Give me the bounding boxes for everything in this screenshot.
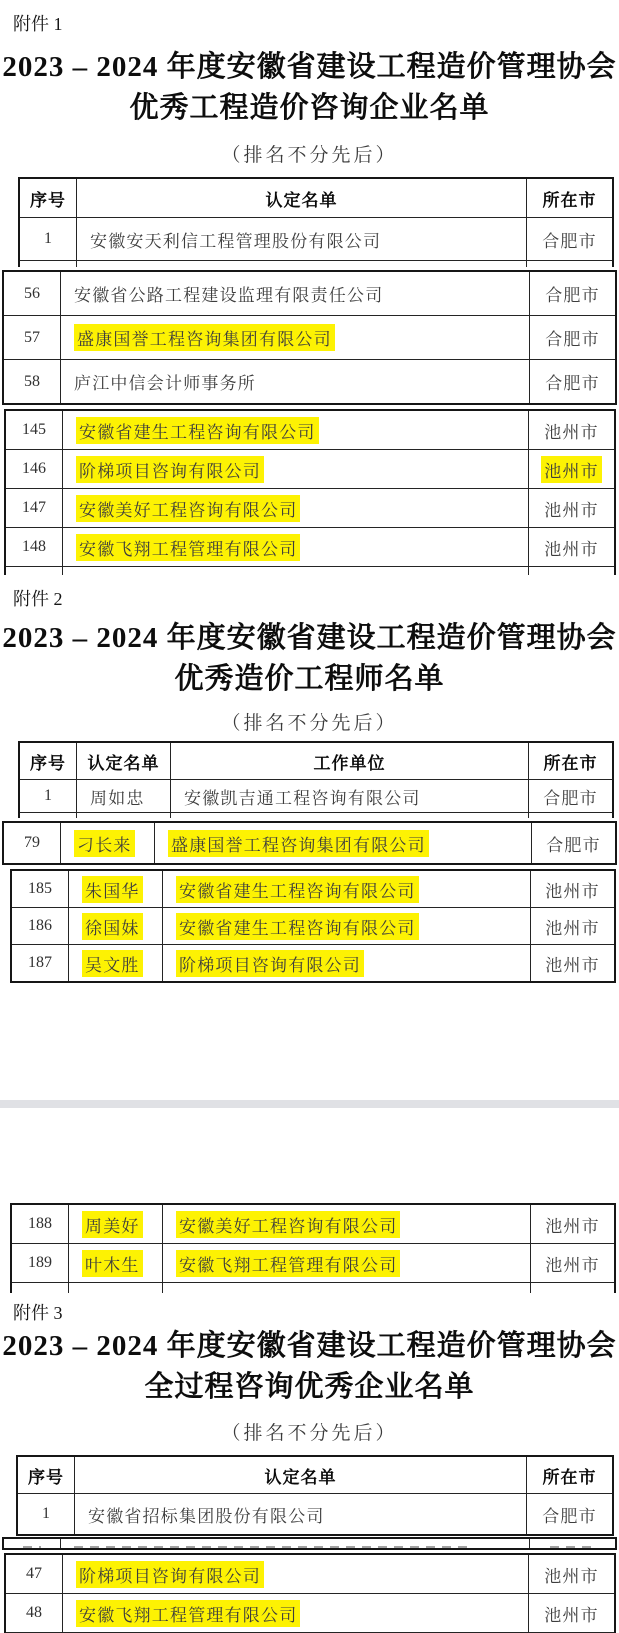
cell-text: 池州市 (544, 535, 599, 560)
header-cell-name: 认定名单 (74, 1457, 526, 1493)
city-cell: 池州市 (528, 1594, 614, 1632)
city-cell: 池州市 (528, 1555, 614, 1593)
name-cell: 徐国妹 (68, 908, 162, 944)
attachment-3-title: 2023 – 2024 年度安徽省建设工程造价管理协会 全过程咨询优秀企业名单 (0, 1326, 619, 1408)
row-stub (6, 566, 614, 575)
table-row: 57盛康国誉工程咨询集团有限公司合肥市 (4, 315, 615, 359)
cell-text: 序号 (30, 749, 66, 774)
attachment-1: 附件 1 2023 – 2024 年度安徽省建设工程造价管理协会 优秀工程造价咨… (0, 0, 619, 575)
unit-cell: 安徽省建生工程咨询有限公司 (162, 871, 530, 907)
stub-cell (528, 567, 614, 575)
name-cell: 安徽省招标集团股份有限公司 (74, 1494, 526, 1534)
highlight-mark: 盛康国誉工程咨询集团有限公司 (168, 830, 429, 857)
cell-text: 池州市 (544, 1562, 599, 1587)
cell-text: 1 (42, 1505, 50, 1523)
city-cell: 池州市 (528, 411, 614, 449)
cell-text: 148 (22, 538, 46, 556)
name-cell: 刁长来 (60, 823, 154, 863)
city-cell: 池州市 (530, 945, 614, 981)
serial-cell: 57 (4, 316, 60, 359)
row-stub (12, 1282, 614, 1293)
title-line-1: 2023 – 2024 年度安徽省建设工程造价管理协会 (0, 618, 619, 659)
table-segment: 188周美好安徽美好工程咨询有限公司池州市189叶木生安徽飞翔工程管理有限公司池… (10, 1203, 616, 1293)
highlight-mark: 安徽省建生工程咨询有限公司 (176, 876, 419, 903)
city-cell: 池州市 (530, 1244, 614, 1282)
cell-text: 57 (24, 329, 40, 347)
cell-text: 认定名单 (88, 749, 160, 774)
serial-cell: 1 (20, 218, 76, 260)
cell-text: 序号 (30, 186, 66, 211)
attachment-3-subtitle: （排名不分先后） (0, 1420, 619, 1447)
title-line-2: 全过程咨询优秀企业名单 (0, 1367, 619, 1408)
stub-cell (530, 1283, 614, 1293)
cell-text: 安徽省招标集团股份有限公司 (88, 1502, 325, 1527)
serial-cell: 186 (12, 908, 68, 944)
name-cell: 阶梯项目咨询有限公司 (62, 1555, 528, 1593)
table-row: 147安徽美好工程咨询有限公司池州市 (6, 488, 614, 527)
whole-process-consulting-table: 序号认定名单所在市1安徽省招标集团股份有限公司合肥市47阶梯项目咨询有限公司池州… (0, 1455, 619, 1633)
serial-cell: 48 (6, 1594, 62, 1632)
header-cell-unit: 工作单位 (170, 743, 528, 779)
highlight-mark: 朱国华 (82, 876, 143, 903)
cell-text: 池州市 (544, 418, 599, 443)
title-line-1: 2023 – 2024 年度安徽省建设工程造价管理协会 (0, 47, 619, 88)
cell-text: 所在市 (543, 1463, 597, 1488)
name-cell: 朱国华 (68, 871, 162, 907)
serial-cell: 56 (4, 272, 60, 315)
stub-cell (20, 261, 76, 267)
name-cell: 盛康国誉工程咨询集团有限公司 (60, 316, 529, 359)
cell-text: 池州市 (545, 914, 600, 939)
stub-cell (20, 813, 76, 818)
cell-text: 147 (22, 499, 46, 517)
highlight-mark: 叶木生 (82, 1250, 143, 1277)
clipped-text-smudge (74, 1546, 474, 1551)
table-row: 48安徽飞翔工程管理有限公司池州市 (6, 1593, 614, 1632)
city-cell: 池州市 (530, 871, 614, 907)
table-segment: 序号认定名单所在市1安徽安天利信工程管理股份有限公司合肥市 (18, 177, 614, 267)
stub-cell (170, 813, 528, 818)
unit-cell: 安徽凯吉通工程咨询有限公司 (170, 780, 528, 812)
table-row: 1安徽安天利信工程管理股份有限公司合肥市 (20, 217, 612, 260)
highlight-mark: 阶梯项目咨询有限公司 (76, 1561, 264, 1588)
serial-cell (4, 1539, 60, 1550)
name-cell: 吴文胜 (68, 945, 162, 981)
cell-text: 工作单位 (314, 749, 386, 774)
city-cell (529, 1539, 615, 1550)
attachment-1-label: 附件 1 (13, 12, 619, 37)
cell-text: 145 (22, 421, 46, 439)
cell-text: 合肥市 (545, 281, 600, 306)
table-segment: 56安徽省公路工程建设监理有限责任公司合肥市57盛康国誉工程咨询集团有限公司合肥… (2, 270, 617, 405)
unit-cell: 安徽飞翔工程管理有限公司 (162, 1244, 530, 1282)
cell-text: 池州市 (544, 1601, 599, 1626)
cell-text: 池州市 (545, 951, 600, 976)
clipped-row (4, 1539, 615, 1550)
excellent-consulting-enterprise-table: 序号认定名单所在市1安徽安天利信工程管理股份有限公司合肥市56安徽省公路工程建设… (0, 177, 619, 575)
cell-text: 47 (26, 1565, 42, 1583)
cell-text: 合肥市 (542, 227, 597, 252)
stub-cell (68, 1283, 162, 1293)
serial-cell: 146 (6, 450, 62, 488)
highlight-mark: 安徽美好工程咨询有限公司 (176, 1211, 400, 1238)
name-cell: 安徽安天利信工程管理股份有限公司 (76, 218, 526, 260)
stub-cell (76, 813, 170, 818)
cell-text: 188 (28, 1215, 52, 1233)
attachment-2-subtitle: （排名不分先后） (0, 710, 619, 737)
header-cell-city: 所在市 (528, 743, 612, 779)
city-cell: 池州市 (528, 489, 614, 527)
table-row: 146阶梯项目咨询有限公司池州市 (6, 449, 614, 488)
cell-text: 1 (44, 787, 52, 805)
name-cell: 安徽省公路工程建设监理有限责任公司 (60, 272, 529, 315)
highlight-mark: 阶梯项目咨询有限公司 (76, 456, 264, 483)
cell-text: 安徽省公路工程建设监理有限责任公司 (74, 281, 383, 306)
table-segment: 47阶梯项目咨询有限公司池州市48安徽飞翔工程管理有限公司池州市 (4, 1553, 616, 1633)
cell-text: 池州市 (545, 1212, 600, 1237)
title-line-2: 优秀工程造价咨询企业名单 (0, 88, 619, 129)
unit-cell: 盛康国誉工程咨询集团有限公司 (154, 823, 531, 863)
city-cell: 合肥市 (531, 823, 615, 863)
serial-cell: 185 (12, 871, 68, 907)
serial-cell: 47 (6, 1555, 62, 1593)
cell-text: 序号 (28, 1463, 64, 1488)
name-cell: 周如忠 (76, 780, 170, 812)
table-segment: 79刁长来盛康国誉工程咨询集团有限公司合肥市 (2, 821, 617, 865)
header-cell-city: 所在市 (526, 1457, 612, 1493)
clipped-text-smudge (23, 1546, 41, 1551)
city-cell: 合肥市 (529, 360, 615, 403)
cell-text: 189 (28, 1254, 52, 1272)
header-cell-name: 认定名单 (76, 743, 170, 779)
cell-text: 58 (24, 373, 40, 391)
stub-cell (76, 261, 526, 267)
attachment-3-label: 附件 3 (13, 1301, 619, 1326)
stub-cell (162, 1283, 530, 1293)
serial-cell: 189 (12, 1244, 68, 1282)
name-cell: 安徽飞翔工程管理有限公司 (62, 528, 528, 566)
table-segment: 序号认定名单所在市1安徽省招标集团股份有限公司合肥市 (16, 1455, 614, 1536)
cell-text: 认定名单 (266, 186, 338, 211)
table-row: 56安徽省公路工程建设监理有限责任公司合肥市 (4, 272, 615, 315)
highlight-mark: 安徽省建生工程咨询有限公司 (76, 417, 319, 444)
serial-cell: 188 (12, 1205, 68, 1243)
serial-cell: 1 (18, 1494, 74, 1534)
title-line-2: 优秀造价工程师名单 (0, 659, 619, 700)
stub-cell (12, 1283, 68, 1293)
table-row: 189叶木生安徽飞翔工程管理有限公司池州市 (12, 1243, 614, 1282)
table-row: 79刁长来盛康国誉工程咨询集团有限公司合肥市 (4, 823, 615, 863)
cell-text: 池州市 (545, 877, 600, 902)
stub-cell (528, 813, 612, 818)
cell-text: 合肥市 (543, 784, 598, 809)
stub-cell (6, 567, 62, 575)
page-separator-band (0, 1100, 619, 1108)
city-cell: 合肥市 (529, 316, 615, 359)
cell-text: 池州市 (544, 496, 599, 521)
highlight-mark: 安徽飞翔工程管理有限公司 (76, 1600, 300, 1627)
highlight-mark: 周美好 (82, 1211, 143, 1238)
attachment-1-title: 2023 – 2024 年度安徽省建设工程造价管理协会 优秀工程造价咨询企业名单 (0, 47, 619, 129)
highlight-mark: 刁长来 (74, 830, 135, 857)
city-cell: 合肥市 (529, 272, 615, 315)
excellent-cost-engineer-table: 序号认定名单工作单位所在市1周如忠安徽凯吉通工程咨询有限公司合肥市79刁长来盛康… (0, 741, 619, 1293)
table-segment: 185朱国华安徽省建生工程咨询有限公司池州市186徐国妹安徽省建生工程咨询有限公… (10, 869, 616, 983)
table-row: 1周如忠安徽凯吉通工程咨询有限公司合肥市 (20, 779, 612, 812)
clipped-text-smudge (550, 1546, 596, 1551)
name-cell: 叶木生 (68, 1244, 162, 1282)
attachment-2-title: 2023 – 2024 年度安徽省建设工程造价管理协会 优秀造价工程师名单 (0, 618, 619, 700)
table-row: 148安徽飞翔工程管理有限公司池州市 (6, 527, 614, 566)
table-row: 47阶梯项目咨询有限公司池州市 (6, 1555, 614, 1593)
attachment-3: 附件 3 2023 – 2024 年度安徽省建设工程造价管理协会 全过程咨询优秀… (0, 1301, 619, 1633)
header-cell-serial: 序号 (18, 1457, 74, 1493)
attachment-2: 附件 2 2023 – 2024 年度安徽省建设工程造价管理协会 优秀造价工程师… (0, 587, 619, 1293)
name-cell (60, 1539, 529, 1550)
city-cell: 合肥市 (526, 1494, 612, 1534)
highlight-mark: 安徽美好工程咨询有限公司 (76, 495, 300, 522)
cell-text: 79 (24, 834, 40, 852)
unit-cell: 阶梯项目咨询有限公司 (162, 945, 530, 981)
table-header-row: 序号认定名单所在市 (20, 179, 612, 217)
header-cell-name: 认定名单 (76, 179, 526, 217)
attachment-2-label: 附件 2 (13, 587, 619, 612)
serial-cell: 145 (6, 411, 62, 449)
serial-cell: 187 (12, 945, 68, 981)
cell-text: 认定名单 (265, 1463, 337, 1488)
highlight-mark: 徐国妹 (82, 913, 143, 940)
table-row: 1安徽省招标集团股份有限公司合肥市 (18, 1493, 612, 1534)
title-line-1: 2023 – 2024 年度安徽省建设工程造价管理协会 (0, 1326, 619, 1367)
header-cell-serial: 序号 (20, 743, 76, 779)
cell-text: 146 (22, 460, 46, 478)
name-cell: 阶梯项目咨询有限公司 (62, 450, 528, 488)
cell-text: 所在市 (543, 186, 597, 211)
cell-text: 186 (28, 917, 52, 935)
cell-text: 安徽凯吉通工程咨询有限公司 (184, 784, 421, 809)
cell-text: 安徽安天利信工程管理股份有限公司 (90, 227, 381, 252)
cell-text: 合肥市 (546, 831, 601, 856)
row-stub (20, 260, 612, 267)
name-cell: 安徽飞翔工程管理有限公司 (62, 1594, 528, 1632)
table-segment: 145安徽省建生工程咨询有限公司池州市146阶梯项目咨询有限公司池州市147安徽… (4, 409, 616, 575)
serial-cell: 58 (4, 360, 60, 403)
name-cell: 安徽美好工程咨询有限公司 (62, 489, 528, 527)
serial-cell: 1 (20, 780, 76, 812)
table-row: 187吴文胜阶梯项目咨询有限公司池州市 (12, 944, 614, 981)
table-segment: 序号认定名单工作单位所在市1周如忠安徽凯吉通工程咨询有限公司合肥市 (18, 741, 614, 818)
cell-text: 合肥市 (545, 325, 600, 350)
city-cell: 池州市 (530, 1205, 614, 1243)
header-cell-city: 所在市 (526, 179, 612, 217)
highlight-mark: 阶梯项目咨询有限公司 (176, 950, 364, 977)
stub-cell (526, 261, 612, 267)
highlight-mark: 安徽省建生工程咨询有限公司 (176, 913, 419, 940)
cell-text: 所在市 (544, 749, 598, 774)
header-cell-serial: 序号 (20, 179, 76, 217)
table-header-row: 序号认定名单所在市 (18, 1457, 612, 1493)
name-cell: 周美好 (68, 1205, 162, 1243)
cell-text: 187 (28, 954, 52, 972)
cell-text: 1 (44, 230, 52, 248)
serial-cell: 79 (4, 823, 60, 863)
cell-text: 周如忠 (90, 784, 145, 809)
table-header-row: 序号认定名单工作单位所在市 (20, 743, 612, 779)
city-cell: 池州市 (528, 528, 614, 566)
cell-text: 56 (24, 285, 40, 303)
cell-text: 池州市 (545, 1251, 600, 1276)
name-cell: 庐江中信会计师事务所 (60, 360, 529, 403)
attachment-1-subtitle: （排名不分先后） (0, 142, 619, 169)
cell-text: 48 (26, 1604, 42, 1622)
city-cell: 池州市 (528, 450, 614, 488)
city-cell: 合肥市 (528, 780, 612, 812)
table-row: 188周美好安徽美好工程咨询有限公司池州市 (12, 1205, 614, 1243)
serial-cell: 147 (6, 489, 62, 527)
highlight-mark: 安徽飞翔工程管理有限公司 (76, 534, 300, 561)
city-cell: 池州市 (530, 908, 614, 944)
cell-text: 合肥市 (545, 369, 600, 394)
highlight-mark: 池州市 (541, 456, 602, 483)
row-stub (20, 812, 612, 818)
cell-text: 185 (28, 880, 52, 898)
cell-text: 庐江中信会计师事务所 (74, 369, 256, 394)
table-segment (2, 1537, 617, 1550)
highlight-mark: 盛康国誉工程咨询集团有限公司 (74, 324, 335, 351)
stub-cell (62, 567, 528, 575)
table-row: 145安徽省建生工程咨询有限公司池州市 (6, 411, 614, 449)
table-row: 186徐国妹安徽省建生工程咨询有限公司池州市 (12, 907, 614, 944)
highlight-mark: 吴文胜 (82, 950, 143, 977)
city-cell: 合肥市 (526, 218, 612, 260)
table-row: 58庐江中信会计师事务所合肥市 (4, 359, 615, 403)
highlight-mark: 安徽飞翔工程管理有限公司 (176, 1250, 400, 1277)
table-row: 185朱国华安徽省建生工程咨询有限公司池州市 (12, 871, 614, 907)
serial-cell: 148 (6, 528, 62, 566)
cell-text: 合肥市 (542, 1502, 597, 1527)
unit-cell: 安徽美好工程咨询有限公司 (162, 1205, 530, 1243)
name-cell: 安徽省建生工程咨询有限公司 (62, 411, 528, 449)
unit-cell: 安徽省建生工程咨询有限公司 (162, 908, 530, 944)
